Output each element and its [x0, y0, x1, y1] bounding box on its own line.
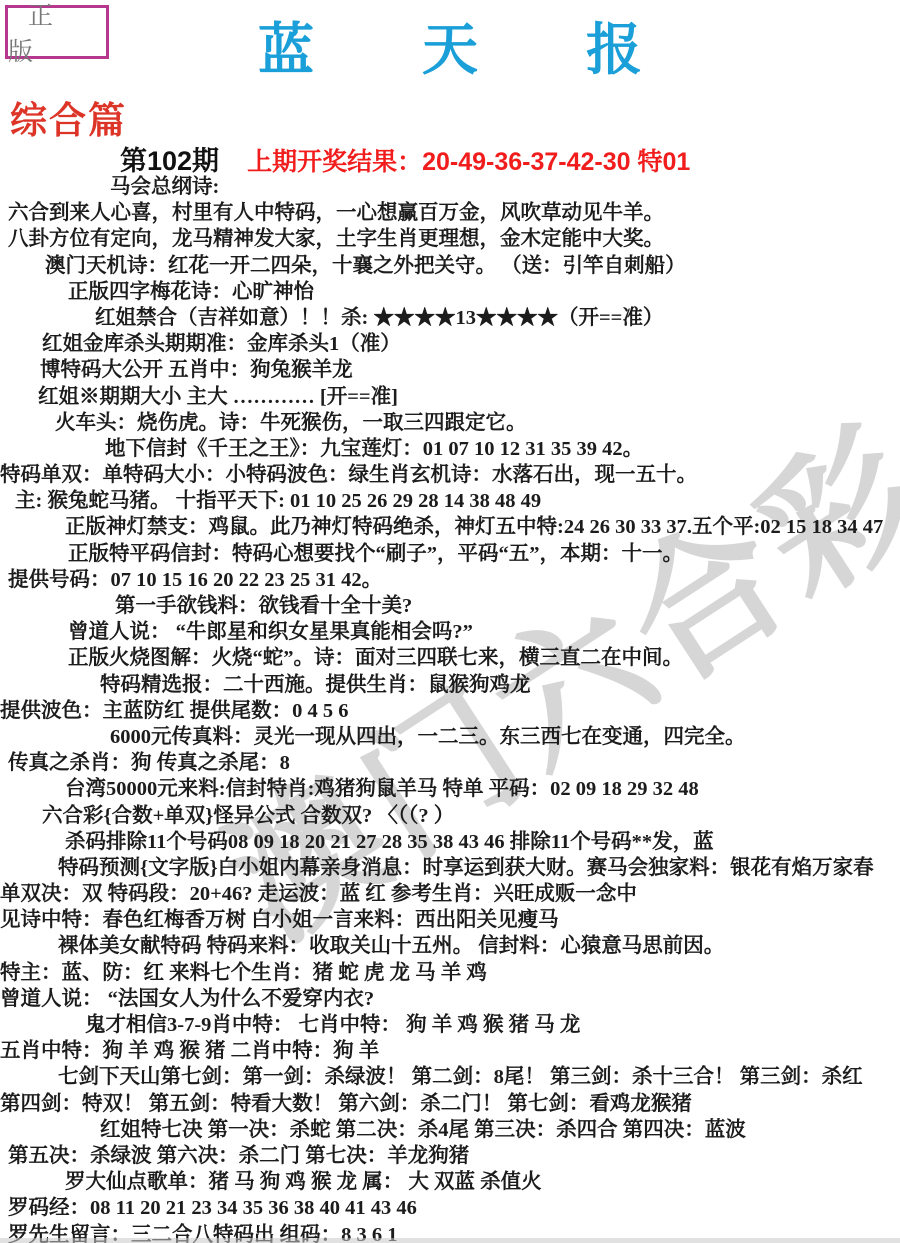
text-line: 红姐※期期大小 主大 ………… [开==准] — [0, 384, 900, 410]
text-line: 八卦方位有定向，龙马精神发大家，土字生肖更理想，金木定能中大奖。 — [0, 226, 900, 252]
text-line: 杀码排除11个号码08 09 18 20 21 27 28 35 38 43 4… — [0, 829, 900, 855]
text-line: 五肖中特：狗 羊 鸡 猴 猪 二肖中特：狗 羊 — [0, 1038, 900, 1064]
text-line: 红姐金库杀头期期准：金库杀头1（准） — [0, 331, 900, 357]
text-line: 特码精选报：二十西施。提供生肖：鼠猴狗鸡龙 — [0, 672, 900, 698]
text-line: 主: 猴兔蛇马猪。 十指平天下: 01 10 25 26 29 28 14 38… — [0, 488, 900, 514]
text-line: 红姐禁合（吉祥如意）！！杀: ★★★★13★★★★（开==准） — [0, 305, 900, 331]
issue-number: 第102期 — [120, 146, 219, 176]
section-heading: 综合篇 — [10, 90, 127, 144]
text-line: 火车头：烧伤虎。诗：牛死猴伤，一取三四跟定它。 — [0, 410, 900, 436]
text-line: 第五决：杀绿波 第六决：杀二门 第七决：羊龙狗猪 — [0, 1143, 900, 1169]
text-line: 红姐特七决 第一决：杀蛇 第二决：杀4尾 第三决：杀四合 第四决：蓝波 — [0, 1117, 900, 1143]
text-line: 提供号码：07 10 15 16 20 22 23 25 31 42。 — [0, 567, 900, 593]
text-line: 提供波色：主蓝防红 提供尾数：0 4 5 6 — [0, 698, 900, 724]
text-line: 特码单双：单特码大小：小特码波色：绿生肖玄机诗：水落石出，现一五十。 — [0, 462, 900, 488]
text-line: 澳门天机诗：红花一开二四朵，十襄之外把关守。 （送：引竿自刺船） — [0, 253, 900, 279]
last-draw-result: 上期开奖结果：20-49-36-37-42-30 特01 — [247, 148, 690, 176]
text-line: 七剑下天山第七剑：第一剑：杀绿波！ 第二剑：8尾！ 第三剑：杀十三合！ 第三剑：… — [0, 1064, 900, 1090]
text-line: 传真之杀肖：狗 传真之杀尾：8 — [0, 750, 900, 776]
text-line: 单双决：双 特码段：20+46? 走运波：蓝 红 参考生肖：兴旺成贩一念中 — [0, 881, 900, 907]
text-line: 六合到来人心喜，村里有人中特码，一心想赢百万金，风吹草动见牛羊。 — [0, 200, 900, 226]
text-line: 正版火烧图解：火烧“蛇”。诗：面对三四联七来，横三直二在中间。 — [0, 645, 900, 671]
text-line: 博特码大公开 五肖中：狗兔猴羊龙 — [0, 357, 900, 383]
page-title: 蓝 天 报 — [0, 6, 900, 86]
text-line: 六合彩{合数+单双}怪异公式 合数双? 〈（（? ） — [0, 803, 900, 829]
text-line: 地下信封《千王之王》：九宝莲灯：01 07 10 12 31 35 39 42。 — [0, 436, 900, 462]
text-line: 鬼才相信3-7-9肖中特： 七肖中特： 狗 羊 鸡 猴 猪 马 龙 — [0, 1012, 900, 1038]
text-line: 正版神灯禁支：鸡鼠。此乃神灯特码绝杀，神灯五中特:24 26 30 33 37.… — [0, 514, 900, 540]
text-line: 罗码经：08 11 20 21 23 34 35 36 38 40 41 43 … — [0, 1195, 900, 1221]
text-line: 台湾50000元来料:信封特肖:鸡猪狗鼠羊马 特单 平码：02 09 18 29… — [0, 776, 900, 802]
text-line: 正版特平码信封：特码心想要找个“刷子”，平码“五”，本期：十一。 — [0, 541, 900, 567]
text-line: 特主：蓝、防：红 来料七个生肖：猪 蛇 虎 龙 马 羊 鸡 — [0, 960, 900, 986]
text-line: 曾道人说： “法国女人为什么不爱穿内衣? — [0, 986, 900, 1012]
text-line: 第四剑：特双！ 第五剑：特看大数！ 第六剑：杀二门！ 第七剑：看鸡龙猴猪 — [0, 1091, 900, 1117]
text-line: 6000元传真料：灵光一现从四出，一二三。东三西七在变通，四完全。 — [0, 724, 900, 750]
issue-row: 第102期上期开奖结果：20-49-36-37-42-30 特01 — [120, 139, 690, 178]
text-line: 特码预测{文字版}白小姐内幕亲身消息：时享运到获大财。赛马会独家料：银花有焰万家… — [0, 855, 900, 881]
body-lines: 马会总纲诗:六合到来人心喜，村里有人中特码，一心想赢百万金，风吹草动见牛羊。八卦… — [0, 174, 900, 1243]
text-line: 见诗中特：春色红梅香万树 白小姐一言来料：西出阳关见瘦马 — [0, 907, 900, 933]
text-line: 曾道人说： “牛郎星和织女星果真能相会吗?” — [0, 619, 900, 645]
text-line: 第一手欲钱料：欲钱看十全十美? — [0, 593, 900, 619]
scan-edge — [0, 1238, 900, 1243]
text-line: 正版四字梅花诗：心旷神怡 — [0, 279, 900, 305]
text-line: 裸体美女献特码 特码来料：收取关山十五州。 信封料：心猿意马思前因。 — [0, 933, 900, 959]
text-line: 罗大仙点歌单：猪 马 狗 鸡 猴 龙 属： 大 双蓝 杀值火 — [0, 1169, 900, 1195]
